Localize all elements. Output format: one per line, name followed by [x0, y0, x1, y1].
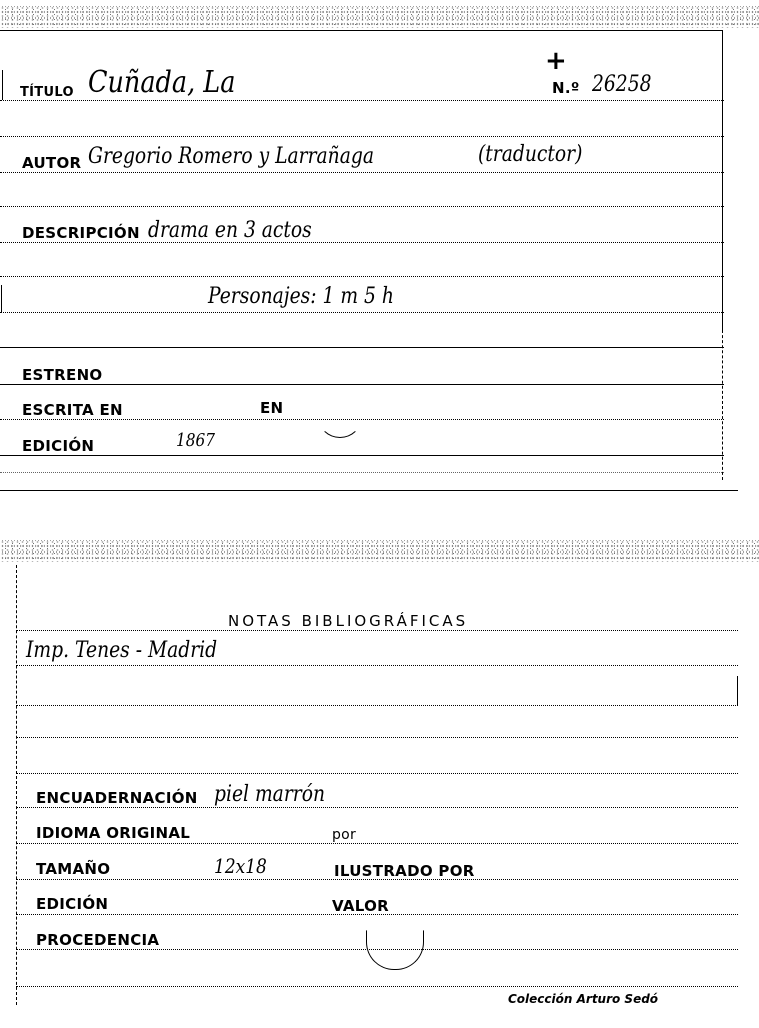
card-left-mark [2, 70, 3, 100]
card-left-border [16, 565, 17, 1005]
escrita-en-line [0, 419, 724, 420]
scan-noise-bottom [0, 540, 759, 562]
encuadernacion-label: ENCUADERNACIÓN [36, 791, 198, 806]
idioma-line [16, 843, 738, 844]
card-bottom-line [16, 986, 738, 987]
personajes-value: Personajes: 1 m 5 h [208, 286, 394, 308]
edicion-line [0, 455, 724, 456]
blank-line-b3 [16, 773, 738, 774]
autor-line [0, 172, 724, 173]
cross-mark: + [545, 48, 567, 74]
en-label: EN [260, 401, 283, 416]
valor-label: VALOR [332, 899, 389, 914]
blank-line-4 [0, 347, 724, 348]
edicion-b-label: EDICIÓN [36, 897, 108, 912]
tamano-value: 12x18 [214, 856, 267, 876]
blank-line-b2 [16, 737, 738, 738]
estreno-line [0, 384, 724, 385]
titulo-line [0, 100, 724, 101]
notas-value: Imp. Tenes - Madrid [26, 640, 217, 662]
card-left-mark-2 [1, 285, 2, 313]
autor-note: (traductor) [478, 144, 582, 166]
blank-line-b1 [16, 705, 738, 706]
tamano-label: TAMAÑO [36, 862, 110, 877]
titulo-value: Cuñada, La [88, 68, 235, 98]
procedencia-label: PROCEDENCIA [36, 933, 159, 948]
encuadernacion-value: piel marrón [214, 784, 325, 806]
por-label: por [332, 828, 356, 842]
card-right-border [722, 30, 723, 330]
scan-noise-top [0, 6, 759, 28]
notas-line [16, 630, 738, 631]
notas-heading: NOTAS BIBLIOGRÁFICAS [228, 614, 468, 629]
numero-value: 26258 [592, 74, 652, 96]
autor-value: Gregorio Romero y Larrañaga [88, 146, 374, 168]
descripcion-value: drama en 3 actos [148, 220, 312, 242]
notas-line-2 [16, 665, 738, 666]
titulo-label: TÍTULO [20, 86, 74, 99]
descripcion-label: DESCRIPCIÓN [22, 226, 140, 241]
card-top-edge [0, 30, 722, 31]
collection-credit: Colección Arturo Sedó [508, 992, 658, 1006]
numero-label: N.º [552, 81, 580, 96]
personajes-line [0, 312, 724, 313]
edicion-b-line [16, 914, 738, 915]
stamp-mark-bottom [366, 930, 424, 970]
edicion-value: 1867 [176, 432, 215, 450]
encuadernacion-line [16, 807, 738, 808]
blank-line-2 [0, 206, 724, 207]
card-right-border-lower [722, 330, 723, 480]
card-right-mark [737, 676, 738, 706]
escrita-en-label: ESCRITA EN [22, 403, 123, 418]
tamano-line [16, 879, 738, 880]
estreno-label: ESTRENO [22, 368, 102, 383]
autor-label: AUTOR [22, 156, 81, 171]
idioma-original-label: IDIOMA ORIGINAL [36, 826, 190, 841]
edicion-label: EDICIÓN [22, 439, 94, 454]
card-bottom-edge [0, 490, 738, 491]
descripcion-line [0, 242, 724, 243]
faint-line [0, 472, 724, 473]
blank-line-1 [0, 136, 724, 137]
stamp-mark [318, 396, 362, 438]
blank-line-3 [0, 276, 724, 277]
ilustrado-por-label: ILUSTRADO POR [334, 864, 475, 879]
